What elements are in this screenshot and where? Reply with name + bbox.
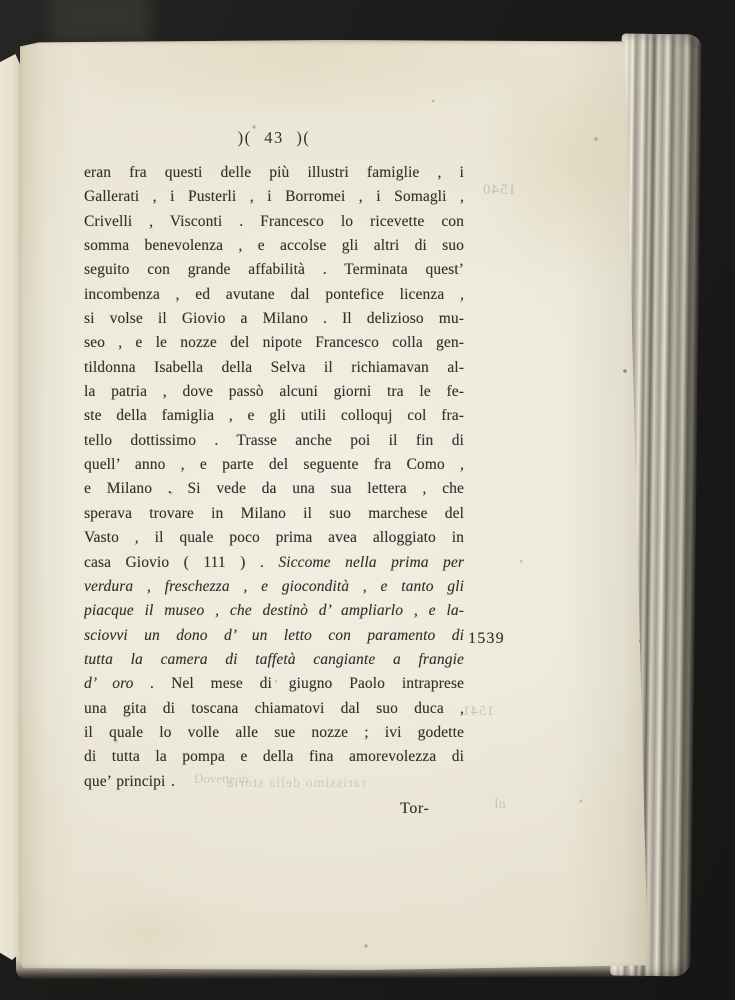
text-segment: Vasto , il quale poco prima avea alloggi… [84, 529, 464, 546]
text-line: e Milano . Si vede da una sua lettera , … [84, 477, 464, 501]
margin-year-note: 1539 [468, 630, 505, 648]
text-line: que’ principi . [84, 770, 464, 794]
text-segment: una gita di toscana chiamatovi dal suo d… [84, 700, 464, 717]
scanned-book-photo: { "colors": { "ink": "#363029", "paper":… [0, 0, 735, 1000]
backdrop-light-patch [50, 0, 150, 44]
text-line: seo , e le nozze del nipote Francesco co… [84, 331, 464, 355]
italic-text-segment: Siccome nella prima per [278, 554, 464, 571]
text-line: incombenza , ed avutane dal pontefice li… [84, 283, 464, 307]
text-line: tello dottissimo . Trasse anche poi il f… [84, 429, 464, 453]
italic-text-segment: tutta la camera di taffetà cangiante a f… [84, 651, 464, 668]
text-segment: casa Giovio ( 111 ) . [84, 554, 278, 571]
page-text: eran fra questi delle più illustri famig… [84, 161, 464, 794]
text-segment: sperava trovare in Milano il suo marches… [84, 505, 464, 522]
text-segment: ste della famiglia , e gli utili colloqu… [84, 407, 464, 424]
underlying-page-left-edge [0, 54, 22, 960]
text-segment: incombenza , ed avutane dal pontefice li… [84, 286, 464, 303]
text-line: la patria , dove passò alcuni giorni tra… [84, 380, 464, 404]
text-segment: e Milano . Si vede da una sua lettera , … [84, 480, 464, 497]
text-line: Gallerati , i Pusterli , i Borromei , i … [84, 185, 464, 209]
italic-text-segment: piacque il museo , che destinò d’ amplia… [84, 602, 464, 619]
italic-text-segment: d’ oro . [84, 675, 171, 692]
text-line: casa Giovio ( 111 ) . Siccome nella prim… [84, 551, 464, 575]
italic-text-segment: verdura , freschezza , e giocondità , e … [84, 578, 464, 595]
page-header-number: )( 43 )( [84, 128, 464, 148]
text-line: Crivelli , Visconti . Francesco lo ricev… [84, 210, 464, 234]
text-segment: tildonna Isabella della Selva il richiam… [84, 359, 464, 376]
text-line: d’ oro . Nel mese di giugno Paolo intrap… [84, 672, 464, 696]
text-segment: Nel mese di giugno Paolo intraprese [171, 675, 464, 692]
text-line: il quale lo volle alle sue nozze ; ivi g… [84, 721, 464, 745]
text-line: tildonna Isabella della Selva il richiam… [84, 356, 464, 380]
text-line: tutta la camera di taffetà cangiante a f… [84, 648, 464, 672]
text-line: seguito con grande affabilità . Terminat… [84, 258, 464, 282]
text-segment: eran fra questi delle più illustri famig… [84, 164, 464, 181]
italic-text-segment: sciovvi un dono d’ un letto con parament… [84, 627, 464, 644]
text-segment: Crivelli , Visconti . Francesco lo ricev… [84, 213, 464, 230]
paper-specks [20, 40, 22, 42]
text-line: ste della famiglia , e gli utili colloqu… [84, 404, 464, 428]
text-line: eran fra questi delle più illustri famig… [84, 161, 464, 185]
text-line: piacque il museo , che destinò d’ amplia… [84, 599, 464, 623]
text-line: Vasto , il quale poco prima avea alloggi… [84, 526, 464, 550]
text-segment: seguito con grande affabilità . Terminat… [84, 261, 464, 278]
text-line: sperava trovare in Milano il suo marches… [84, 502, 464, 526]
text-line: sciovvi un dono d’ un letto con parament… [84, 624, 464, 648]
text-line: quell’ anno , e parte del seguente fra C… [84, 453, 464, 477]
text-segment: si volse il Giovio a Milano . Il delizio… [84, 310, 464, 327]
text-segment: seo , e le nozze del nipote Francesco co… [84, 334, 464, 351]
text-segment: Gallerati , i Pusterli , i Borromei , i … [84, 188, 464, 205]
text-segment: quell’ anno , e parte del seguente fra C… [84, 456, 464, 473]
text-segment: di tutta la pompa e della fina amorevole… [84, 748, 464, 765]
text-line: una gita di toscana chiamatovi dal suo d… [84, 697, 464, 721]
text-line: somma benevolenza , e accolse gli altri … [84, 234, 464, 258]
text-segment: tello dottissimo . Trasse anche poi il f… [84, 432, 464, 449]
text-line: di tutta la pompa e della fina amorevole… [84, 745, 464, 769]
catchword: Tor- [400, 800, 429, 818]
text-segment: la patria , dove passò alcuni giorni tra… [84, 383, 464, 400]
text-line: si volse il Giovio a Milano . Il delizio… [84, 307, 464, 331]
text-segment: somma benevolenza , e accolse gli altri … [84, 237, 464, 254]
text-segment: que’ principi . [84, 773, 175, 790]
text-line: verdura , freschezza , e giocondità , e … [84, 575, 464, 599]
text-segment: il quale lo volle alle sue nozze ; ivi g… [84, 724, 464, 741]
